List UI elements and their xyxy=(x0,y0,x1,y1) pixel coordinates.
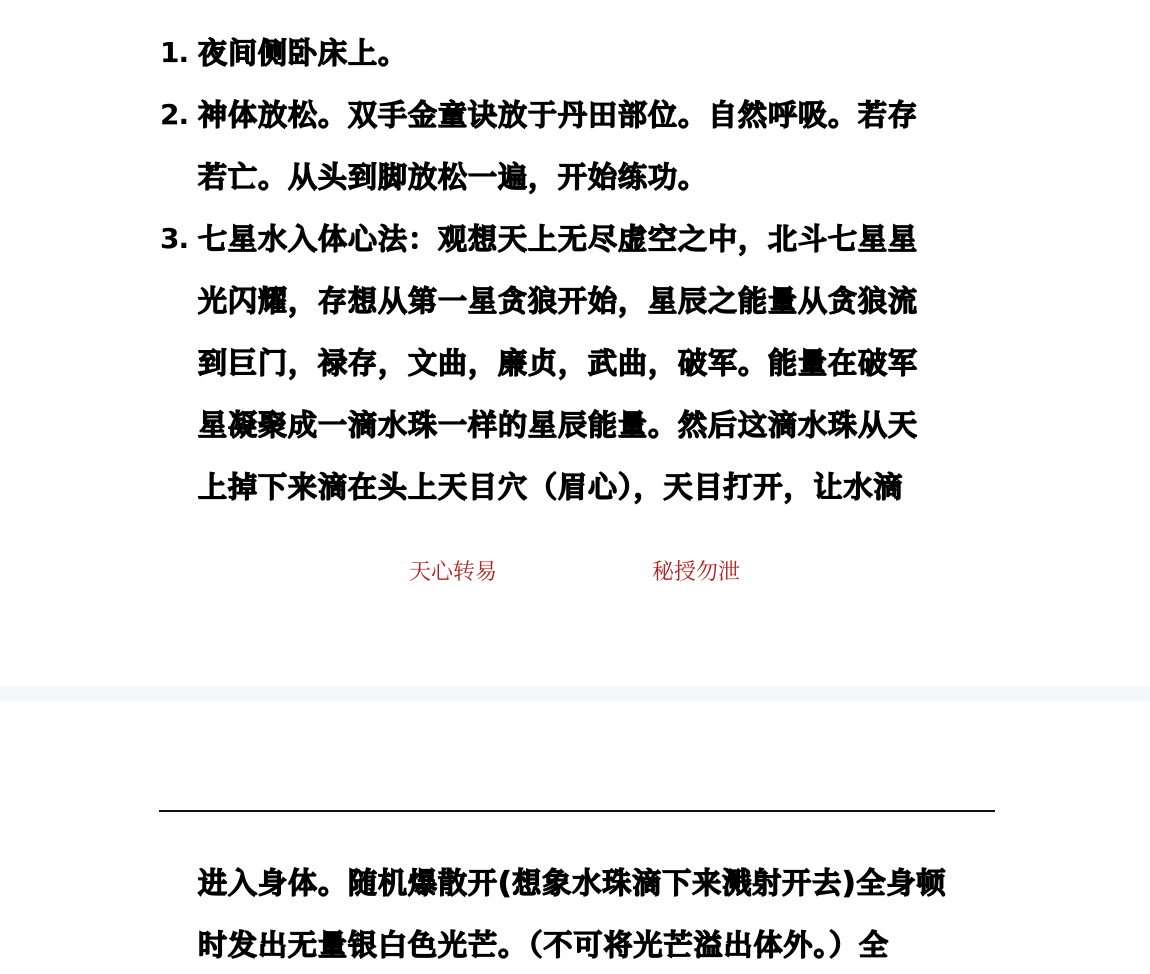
item-number: 1. xyxy=(160,22,198,84)
list-item-2: 2. 神体放松。双手金童诀放于丹田部位。自然呼吸。若存 若亡。从头到脚放松一遍，… xyxy=(160,84,990,208)
item-text-line: 星凝聚成一滴水珠一样的星辰能量。然后这滴水珠从天 xyxy=(198,394,990,456)
page-separator xyxy=(0,686,1150,701)
item-text-line: 夜间侧卧床上。 xyxy=(198,22,990,84)
footer-right-text: 秘授勿泄 xyxy=(652,558,740,588)
list-item-1: 1. 夜间侧卧床上。 xyxy=(160,22,990,84)
item-text-line: 若亡。从头到脚放松一遍，开始练功。 xyxy=(198,146,990,208)
continued-text: 进入身体。随机爆散开(想象水珠滴下来溅射开去)全身顿 时发出无量银白色光芒。（不… xyxy=(198,852,1028,974)
item-text-line: 上掉下来滴在头上天目穴（眉心），天目打开，让水滴 xyxy=(198,456,990,518)
continued-text-line: 进入身体。随机爆散开(想象水珠滴下来溅射开去)全身顿 xyxy=(198,852,1028,914)
footer-left-text: 天心转易 xyxy=(409,558,497,588)
item-text-line: 七星水入体心法：观想天上无尽虚空之中，北斗七星星 xyxy=(198,208,990,270)
item-text-line: 神体放松。双手金童诀放于丹田部位。自然呼吸。若存 xyxy=(198,84,990,146)
item-text-line: 光闪耀，存想从第一星贪狼开始，星辰之能量从贪狼流 xyxy=(198,270,990,332)
item-number: 3. xyxy=(160,208,198,270)
item-text-line: 到巨门，禄存，文曲，廉贞，武曲，破军。能量在破军 xyxy=(198,332,990,394)
item-number: 2. xyxy=(160,84,198,146)
document-page-1: 1. 夜间侧卧床上。 2. 神体放松。双手金童诀放于丹田部位。自然呼吸。若存 若… xyxy=(0,0,1150,686)
instruction-list: 1. 夜间侧卧床上。 2. 神体放松。双手金童诀放于丹田部位。自然呼吸。若存 若… xyxy=(160,22,990,518)
page-footer: 天心转易 秘授勿泄 xyxy=(0,558,1150,588)
list-item-3: 3. 七星水入体心法：观想天上无尽虚空之中，北斗七星星 光闪耀，存想从第一星贪狼… xyxy=(160,208,990,518)
header-rule xyxy=(159,810,995,812)
continued-text-line: 时发出无量银白色光芒。（不可将光芒溢出体外。）全 xyxy=(198,914,1028,974)
